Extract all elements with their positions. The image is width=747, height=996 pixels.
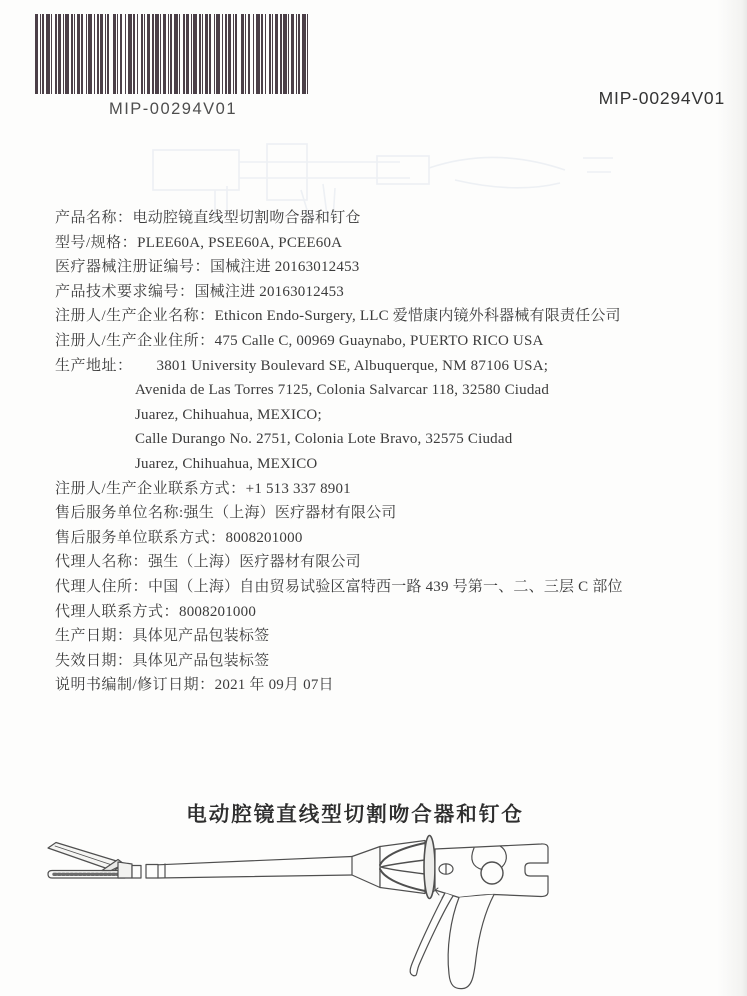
field-value: 强生（上海）医疗器材有限公司 — [184, 505, 397, 521]
field-row: 售后服务单位名称:强生（上海）医疗器材有限公司 — [55, 501, 715, 526]
field-value: +1 513 337 8901 — [246, 481, 351, 497]
field-continuation-line: Calle Durango No. 2751, Colonia Lote Bra… — [55, 427, 715, 452]
document-number: MIP-00294V01 — [599, 88, 725, 109]
field-label: 注册人/生产企业住所： — [55, 333, 215, 349]
field-label: 产品名称： — [55, 210, 133, 226]
scanned-document-page: MIP-00294V01 MIP-00294V01 产品名称：电动腔镜直线型切割… — [0, 0, 747, 996]
field-row: 失效日期：具体见产品包装标签 — [55, 649, 715, 674]
field-label: 售后服务单位联系方式： — [55, 530, 226, 546]
field-label: 代理人住所： — [55, 579, 148, 595]
field-row: 注册人/生产企业名称：Ethicon Endo-Surgery, LLC 爱惜康… — [55, 304, 715, 329]
field-row: 代理人名称：强生（上海）医疗器材有限公司 — [55, 550, 715, 575]
barcode-image — [35, 14, 311, 94]
field-label: 产品技术要求编号： — [55, 284, 195, 300]
field-label: 代理人联系方式： — [55, 604, 179, 620]
field-row: 代理人住所：中国（上海）自由贸易试验区富特西一路 439 号第一、二、三层 C … — [55, 575, 715, 600]
field-label: 说明书编制/修订日期： — [55, 677, 215, 693]
field-label: 代理人名称： — [55, 554, 148, 570]
field-value: 具体见产品包装标签 — [133, 653, 270, 669]
info-fields: 产品名称：电动腔镜直线型切割吻合器和钉仓 型号/规格：PLEE60A, PSEE… — [55, 206, 715, 698]
field-row: 售后服务单位联系方式：8008201000 — [55, 526, 715, 551]
field-continuation-line: Juarez, Chihuahua, MEXICO; — [55, 403, 715, 428]
field-continuation-line: Juarez, Chihuahua, MEXICO — [55, 452, 715, 477]
field-label: 失效日期： — [55, 653, 133, 669]
field-label: 售后服务单位名称: — [55, 505, 184, 521]
field-value: 8008201000 — [179, 604, 256, 620]
field-row: 注册人/生产企业住所：475 Calle C, 00969 Guaynabo, … — [55, 329, 715, 354]
field-label: 注册人/生产企业名称： — [55, 308, 215, 324]
field-row: 代理人联系方式：8008201000 — [55, 600, 715, 625]
field-label: 型号/规格： — [55, 235, 137, 251]
field-row: 产品名称：电动腔镜直线型切割吻合器和钉仓 — [55, 206, 715, 231]
field-row: 产品技术要求编号：国械注进 20163012453 — [55, 280, 715, 305]
field-value: 2021 年 09月 07日 — [215, 677, 334, 693]
stapler-device-illustration — [22, 830, 567, 992]
field-value: PLEE60A, PSEE60A, PCEE60A — [137, 235, 342, 251]
field-row: 生产地址：3801 University Boulevard SE, Albuq… — [55, 354, 715, 477]
field-value: 中国（上海）自由贸易试验区富特西一路 439 号第一、二、三层 C 部位 — [148, 579, 623, 595]
field-label: 注册人/生产企业联系方式： — [55, 481, 246, 497]
field-value: 强生（上海）医疗器材有限公司 — [148, 554, 361, 570]
field-row: 说明书编制/修订日期：2021 年 09月 07日 — [55, 673, 715, 698]
field-continuations: Avenida de Las Torres 7125, Colonia Salv… — [55, 378, 715, 476]
field-value: 475 Calle C, 00969 Guaynabo, PUERTO RICO… — [215, 333, 544, 349]
barcode-caption: MIP-00294V01 — [35, 100, 311, 119]
field-value: 电动腔镜直线型切割吻合器和钉仓 — [133, 210, 361, 226]
field-label: 生产日期： — [55, 628, 133, 644]
field-value: 具体见产品包装标签 — [133, 628, 270, 644]
field-row: 型号/规格：PLEE60A, PSEE60A, PCEE60A — [55, 231, 715, 256]
field-row: 注册人/生产企业联系方式：+1 513 337 8901 — [55, 477, 715, 502]
field-label: 生产地址： — [55, 358, 133, 374]
field-row: 生产日期：具体见产品包装标签 — [55, 624, 715, 649]
barcode-block: MIP-00294V01 — [35, 14, 311, 119]
field-value: Ethicon Endo-Surgery, LLC 爱惜康内镜外科器械有限责任公… — [215, 308, 621, 324]
field-row: 医疗器械注册证编号：国械注进 20163012453 — [55, 255, 715, 280]
field-continuation-line: Avenida de Las Torres 7125, Colonia Salv… — [55, 378, 715, 403]
field-value: 3801 University Boulevard SE, Albuquerqu… — [157, 358, 549, 374]
field-value: 8008201000 — [226, 530, 303, 546]
field-value: 国械注进 20163012453 — [210, 259, 359, 275]
field-label: 医疗器械注册证编号： — [55, 259, 210, 275]
field-value: 国械注进 20163012453 — [195, 284, 344, 300]
figure-title: 电动腔镜直线型切割吻合器和钉仓 — [0, 797, 710, 827]
